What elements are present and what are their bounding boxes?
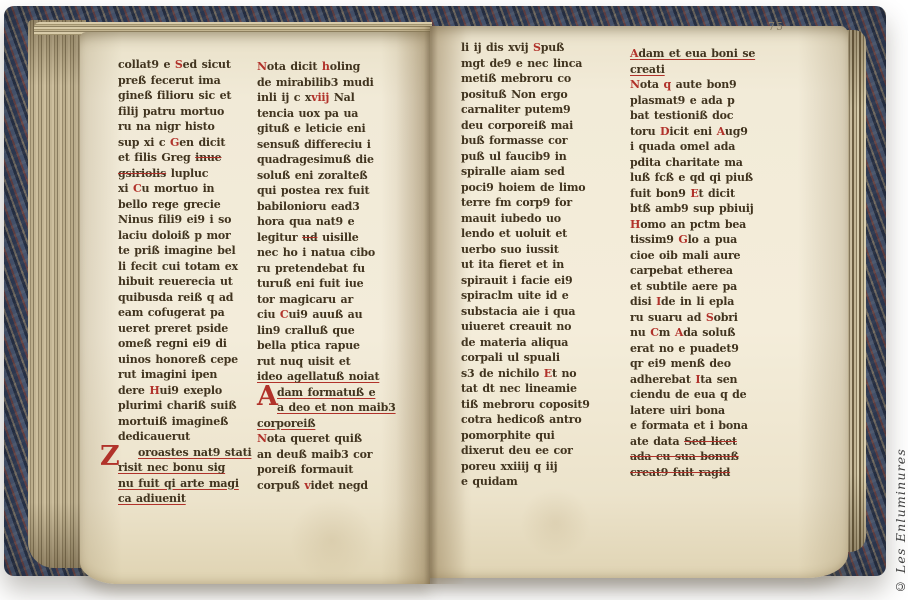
manuscript-line: qr ei9 menß deo: [630, 356, 798, 372]
manuscript-line: a deo et non maib3: [257, 400, 417, 416]
manuscript-line: Zoroastes nat9 stati: [118, 445, 258, 461]
manuscript-line: spiralle aiam sed: [461, 164, 631, 180]
manuscript-line: babilonioru ead3: [257, 199, 417, 215]
manuscript-line: i quada omel ada: [630, 139, 798, 155]
manuscript-line: preß fecerut ima: [118, 73, 258, 89]
manuscript-line: quibusda reiß q ad: [118, 290, 258, 306]
manuscript-line: ru pretendebat fu: [257, 261, 417, 277]
manuscript-line: spirauit i facie ei9: [461, 273, 631, 289]
manuscript-line: cotra hedicoß antro: [461, 412, 631, 428]
manuscript-line: buß formasse cor: [461, 133, 631, 149]
manuscript-line: toru Dicit eni Aug9: [630, 124, 798, 140]
manuscript-line: ru suaru ad Sobri: [630, 310, 798, 326]
manuscript-line: laciu doloiß p mor: [118, 228, 258, 244]
manuscript-line: an deuß maib3 cor: [257, 447, 417, 463]
manuscript-line: uiueret creauit no: [461, 319, 631, 335]
manuscript-line: inli ij c xviij Nal: [257, 90, 417, 106]
manuscript-line: lin9 cralluß que: [257, 323, 417, 339]
manuscript-photo: collat9 e Sed sicutpreß fecerut imagineß…: [0, 0, 908, 600]
folio-number: 75: [768, 20, 784, 33]
manuscript-line: poci9 hoiem de limo: [461, 180, 631, 196]
manuscript-line: sensuß differeciu i: [257, 137, 417, 153]
manuscript-line: Nota dicit holing: [257, 59, 417, 75]
manuscript-line: spiraclm uite id e: [461, 288, 631, 304]
manuscript-line: erat no e puadet9: [630, 341, 798, 357]
manuscript-line: soluß eni zoralteß: [257, 168, 417, 184]
manuscript-line: tissim9 Glo a pua: [630, 232, 798, 248]
manuscript-line: puß ul faucib9 in: [461, 149, 631, 165]
photo-credit: © Les Enluminures: [893, 448, 908, 594]
manuscript-line: mgt de9 e nec linca: [461, 56, 631, 72]
manuscript-line: rut imagini ipen: [118, 367, 258, 383]
manuscript-line: uerbo suo iussit: [461, 242, 631, 258]
manuscript-line: pdita charitate ma: [630, 155, 798, 171]
manuscript-line: filij patru mortuo: [118, 104, 258, 120]
manuscript-line: creati: [630, 62, 798, 78]
manuscript-line: sup xi c Gen dicit: [118, 135, 258, 151]
manuscript-line: dere Hui9 exeplo: [118, 383, 258, 399]
manuscript-line: de mirabilib3 mudi: [257, 75, 417, 91]
manuscript-line: fuit bon9 Et dicit: [630, 186, 798, 202]
right-page-column-1: li ij dis xvij Spußmgt de9 e nec lincame…: [461, 40, 631, 490]
manuscript-line: Homo an pctm bea: [630, 217, 798, 233]
manuscript-line: nu fuit qi arte magi: [118, 476, 258, 492]
manuscript-line: et subtile aere pa: [630, 279, 798, 295]
manuscript-line: terre fm corp9 for: [461, 195, 631, 211]
manuscript-line: xi Cu mortuo in: [118, 181, 258, 197]
manuscript-line: ru na nigr histo: [118, 119, 258, 135]
manuscript-line: nu Cm Ada soluß: [630, 325, 798, 341]
rubric-initial: Z: [100, 444, 118, 470]
manuscript-line: e formata et i bona: [630, 418, 798, 434]
manuscript-line: mauit iubedo uo: [461, 211, 631, 227]
manuscript-line: risit nec bonu sig: [118, 460, 258, 476]
manuscript-line: latere uiri bona: [630, 403, 798, 419]
manuscript-line: gineß filioru sic et: [118, 88, 258, 104]
manuscript-line: hibuit reuerecia ut: [118, 274, 258, 290]
manuscript-line: li ij dis xvij Spuß: [461, 40, 631, 56]
manuscript-line: btß amb9 sup pbiuij: [630, 201, 798, 217]
manuscript-line: substacia aie i qua: [461, 304, 631, 320]
manuscript-line: li fecit cui totam ex: [118, 259, 258, 275]
manuscript-line: Adam et eua boni se: [630, 46, 798, 62]
manuscript-line: ut ita fieret et in: [461, 257, 631, 273]
manuscript-line: mortuiß imagineß: [118, 414, 258, 430]
manuscript-line: tiß mebroru coposit9: [461, 397, 631, 413]
manuscript-line: poreu xxiiij q iij: [461, 459, 631, 475]
manuscript-line: gituß e leticie eni: [257, 121, 417, 137]
manuscript-line: te priß imagine bel: [118, 243, 258, 259]
manuscript-line: et filis Greg inue: [118, 150, 258, 166]
manuscript-line: deu corporeiß mai: [461, 118, 631, 134]
manuscript-line: ciu Cui9 auuß au: [257, 307, 417, 323]
manuscript-line: lendo et uoluit et: [461, 226, 631, 242]
manuscript-line: dedicauerut: [118, 429, 258, 445]
manuscript-line: hora qua nat9 e: [257, 214, 417, 230]
manuscript-line: Nota queret quiß: [257, 431, 417, 447]
left-page-column-2: Nota dicit holingde mirabilib3 mudiinli …: [257, 59, 417, 493]
manuscript-line: carpebat etherea: [630, 263, 798, 279]
manuscript-line: corpali ul spuali: [461, 350, 631, 366]
manuscript-line: dixerut deu ee cor: [461, 443, 631, 459]
manuscript-line: plasmat9 e ada p: [630, 93, 798, 109]
manuscript-line: Nota q aute bon9: [630, 77, 798, 93]
manuscript-line: e quidam: [461, 474, 631, 490]
manuscript-line: ideo agellatuß noiat: [257, 369, 417, 385]
manuscript-line: poreiß formauit: [257, 462, 417, 478]
manuscript-line: metiß mebroru co: [461, 71, 631, 87]
manuscript-line: corporeiß: [257, 416, 417, 432]
manuscript-line: gsiriolis lupluc: [118, 166, 258, 182]
manuscript-line: legitur ud uisille: [257, 230, 417, 246]
manuscript-line: Adam formatuß e: [257, 385, 417, 401]
manuscript-line: pomorphite qui: [461, 428, 631, 444]
manuscript-line: bat testioniß doc: [630, 108, 798, 124]
manuscript-line: carnaliter putem9: [461, 102, 631, 118]
manuscript-line: de materia aliqua: [461, 335, 631, 351]
manuscript-line: s3 de nichilo Et no: [461, 366, 631, 382]
manuscript-line: posituß Non ergo: [461, 87, 631, 103]
manuscript-line: turuß eni fuit iue: [257, 276, 417, 292]
manuscript-line: omeß regni ei9 di: [118, 336, 258, 352]
manuscript-line: rut nuq uisit et: [257, 354, 417, 370]
manuscript-line: tencia uox pa ua: [257, 106, 417, 122]
manuscript-line: corpuß videt negd: [257, 478, 417, 494]
manuscript-line: luß fcß e qd qi piuß: [630, 170, 798, 186]
manuscript-line: disi Ide in li epla: [630, 294, 798, 310]
manuscript-line: eam cofugerat pa: [118, 305, 258, 321]
manuscript-line: Ninus fili9 ei9 i so: [118, 212, 258, 228]
left-page-column-1: collat9 e Sed sicutpreß fecerut imagineß…: [118, 57, 258, 507]
manuscript-line: ueret preret pside: [118, 321, 258, 337]
manuscript-line: ca adiuenit: [118, 491, 258, 507]
manuscript-line: adherebat Ita sen: [630, 372, 798, 388]
manuscript-line: nec ho i natua cibo: [257, 245, 417, 261]
manuscript-line: ciendu de eua q de: [630, 387, 798, 403]
manuscript-line: plurimi chariß suiß: [118, 398, 258, 414]
manuscript-line: ate data Sed licet: [630, 434, 798, 450]
manuscript-line: quadragesimuß die: [257, 152, 417, 168]
manuscript-line: bello rege grecie: [118, 197, 258, 213]
manuscript-line: qui postea rex fuit: [257, 183, 417, 199]
manuscript-line: tat dt nec lineamie: [461, 381, 631, 397]
manuscript-line: bella ptica rapue: [257, 338, 417, 354]
manuscript-line: tor magicaru ar: [257, 292, 417, 308]
right-page-column-2: Adam et eua boni secreatiNota q aute bon…: [630, 46, 798, 480]
page-edges-left: [28, 20, 86, 568]
manuscript-line: uinos honoreß cepe: [118, 352, 258, 368]
manuscript-line: ada cu sua bonuß: [630, 449, 798, 465]
manuscript-line: cioe oib mali aure: [630, 248, 798, 264]
manuscript-line: creat9 fuit ragid: [630, 465, 798, 481]
manuscript-line: collat9 e Sed sicut: [118, 57, 258, 73]
